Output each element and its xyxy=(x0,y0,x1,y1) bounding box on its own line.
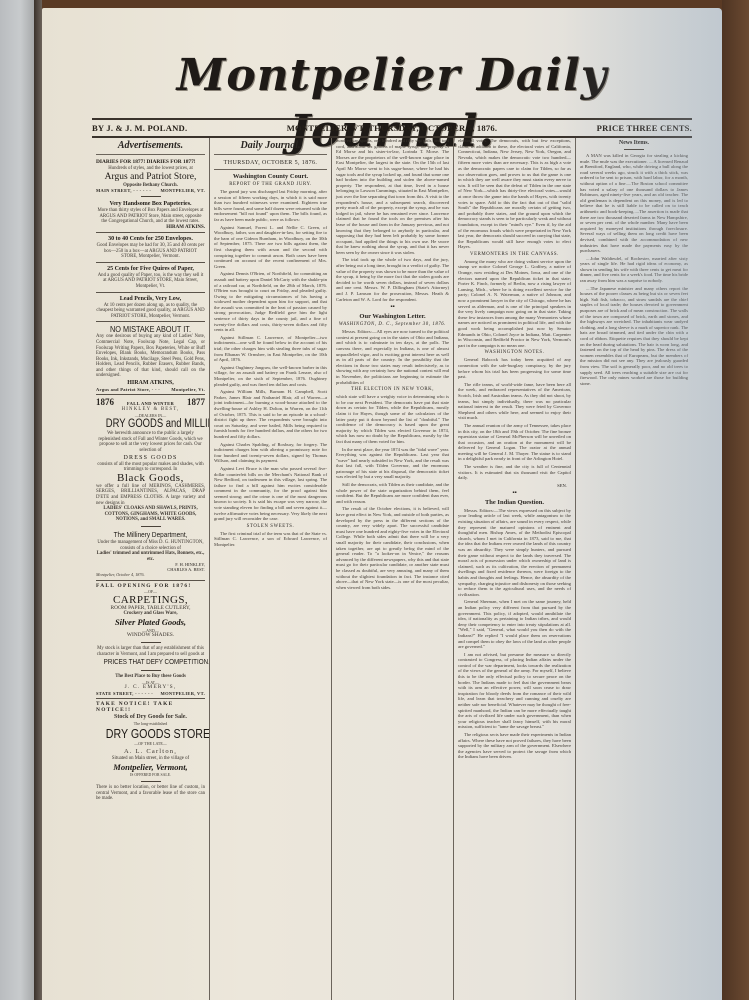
article-title: The Indian Question. xyxy=(458,499,571,506)
paragraph: Against Stillman C. Lawrence, of Montpel… xyxy=(214,335,327,363)
paragraph: The result of the October elections, it … xyxy=(336,506,449,590)
paragraph: In the next place, the year 1874 was the… xyxy=(336,447,449,481)
paragraph: Against William Mills, Burnam H. Campbel… xyxy=(214,389,327,439)
signature: SEN. xyxy=(458,483,571,488)
publisher: BY J. & J. M. POLAND. xyxy=(92,123,187,133)
paragraph: ....The Japanese minister and many other… xyxy=(580,286,688,387)
divider xyxy=(96,262,205,263)
section-subtitle: STOLEN SWEETS. xyxy=(214,524,327,529)
masthead: Montpelier Daily Journal. xyxy=(92,48,692,116)
paragraph: Against Dennis O'Brien, of Northfield, f… xyxy=(214,271,327,333)
section-subtitle: THE ELECTION IN NEW YORK, xyxy=(336,387,449,392)
price: PRICE THREE CENTS. xyxy=(597,123,692,133)
article-title: Washington County Court. xyxy=(214,173,327,180)
paragraph: Messrs. Editors:—All eyes are now turned… xyxy=(336,329,449,385)
ornament-divider: ▪▪ xyxy=(336,304,449,310)
section-subtitle: VERMONTERS IN THE CANVASS. xyxy=(458,252,571,257)
divider xyxy=(141,642,161,643)
paragraph: hundred sap spouts, one hundred and fift… xyxy=(336,138,449,255)
paragraph: The trial took up the whole of two days,… xyxy=(336,257,449,302)
paragraph: Against Levi Bruce is the man who passed… xyxy=(214,466,327,522)
divider xyxy=(96,394,205,395)
book-spine xyxy=(34,0,42,1000)
divider xyxy=(624,149,644,150)
divider xyxy=(96,321,205,322)
paragraph: A MAN was killed in Georgia for stealing… xyxy=(580,153,688,254)
paragraph: The religious sects have made their expe… xyxy=(458,732,571,760)
divider xyxy=(96,292,205,293)
ad-envelopes: 30 to 40 Cents for 250 Envelopes. Good E… xyxy=(96,235,205,260)
paragraph: The grand jury was discharged last Frida… xyxy=(214,189,327,223)
news-items-column: News Items. A MAN was killed in Georgia … xyxy=(576,138,692,1000)
paragraph: Against Oughtney Jangraw, the well-known… xyxy=(214,365,327,387)
paragraph: General Sherman, when I met on the same … xyxy=(458,599,571,649)
issue-date: THURSDAY, OCTOBER 5, 1876. xyxy=(214,158,327,170)
divider xyxy=(141,781,161,782)
column-heading: News Items. xyxy=(580,140,688,146)
ad-hinkley-best: 1876 FALL AND WINTER 1877 HINKLEY & BEST… xyxy=(96,397,205,578)
paragraph: Against Charles Spalding, of Roxbury, fo… xyxy=(214,442,327,464)
paragraph: General Babcock has today been acquitted… xyxy=(458,357,571,379)
facing-page-edge xyxy=(0,0,34,1000)
columns: Advertisements. DIARIES FOR 1877! DIARIE… xyxy=(92,138,692,1000)
divider xyxy=(96,580,205,581)
divider xyxy=(96,698,205,699)
ad-carlton: TAKE NOTICE! TAKE NOTICE!! Stock of Dry … xyxy=(96,701,205,802)
ad-no-mistake: NO MISTAKE ABOUT IT. Any one desirous of… xyxy=(96,324,205,392)
ad-paper: 25 Cents for Five Quires of Paper, And a… xyxy=(96,265,205,290)
newspaper-page: Montpelier Daily Journal. BY J. & J. M. … xyxy=(42,8,722,1000)
dateline-bar: BY J. & J. M. POLAND. MONTPELIER, VT, TH… xyxy=(92,121,692,135)
divider xyxy=(96,232,205,233)
paragraph: ....John Waldteufel, of Rochester, marri… xyxy=(580,256,688,284)
paragraph: Among the many who are doing valiant ser… xyxy=(458,259,571,349)
paragraph: The weather is fine, and the city is ful… xyxy=(458,464,571,481)
paragraph: Against Samuel, Forest L. and Nellie C. … xyxy=(214,225,327,270)
paragraph: The annual reunion of the army of Tennes… xyxy=(458,423,571,462)
divider xyxy=(141,670,161,671)
masthead-rule xyxy=(92,118,692,120)
date-place: MONTPELIER, VT, THURSDAY, OCTOBER 5, 187… xyxy=(287,123,498,133)
washington-letter-column: hundred sap spouts, one hundred and fift… xyxy=(332,138,454,1000)
paragraph: The first criminal trial of the term was… xyxy=(214,531,327,548)
ad-carpetings: FALL OPENING FOR 1876! —OF— CARPETINGS, … xyxy=(96,583,205,696)
column-heading: Daily Journal. xyxy=(214,138,327,155)
paragraph: electoral votes. The democrats, with but… xyxy=(458,138,571,250)
paragraph: I am not advised, but presume the measur… xyxy=(458,652,571,730)
paragraph: The rifle teams, of world-wide fame, hav… xyxy=(458,382,571,421)
politics-indian-column: electoral votes. The democrats, with but… xyxy=(454,138,576,1000)
divider xyxy=(141,526,161,527)
letter-dateline: WASHINGTON, D. C., September 30, 1876. xyxy=(336,322,449,327)
column-heading: Advertisements. xyxy=(96,138,205,155)
paragraph: which state will have a weighty voice in… xyxy=(336,394,449,444)
table-surface xyxy=(722,0,749,1000)
ornament-divider: ▪▪ xyxy=(458,490,571,496)
article-title: Our Washington Letter. xyxy=(336,313,449,320)
ad-diaries: DIARIES FOR 1877! DIARIES FOR 1877! Hund… xyxy=(96,158,205,193)
ad-pencils: Lead Pencils, Very Low, At 10 cents per … xyxy=(96,295,205,320)
paragraph: Still the democrats, with Tilden as thei… xyxy=(336,482,449,504)
section-subtitle: WASHINGTON NOTES. xyxy=(458,350,571,355)
daily-journal-column: Daily Journal. THURSDAY, OCTOBER 5, 1876… xyxy=(210,138,332,1000)
paragraph: Messrs. Editors:—The views expressed on … xyxy=(458,508,571,598)
advertisements-column: Advertisements. DIARIES FOR 1877! DIARIE… xyxy=(92,138,210,1000)
divider xyxy=(141,196,161,197)
article-subtitle: REPORT OF THE GRAND JURY. xyxy=(214,182,327,187)
ad-papeteries: Very Handsome Box Papeteries. More than … xyxy=(96,200,205,230)
